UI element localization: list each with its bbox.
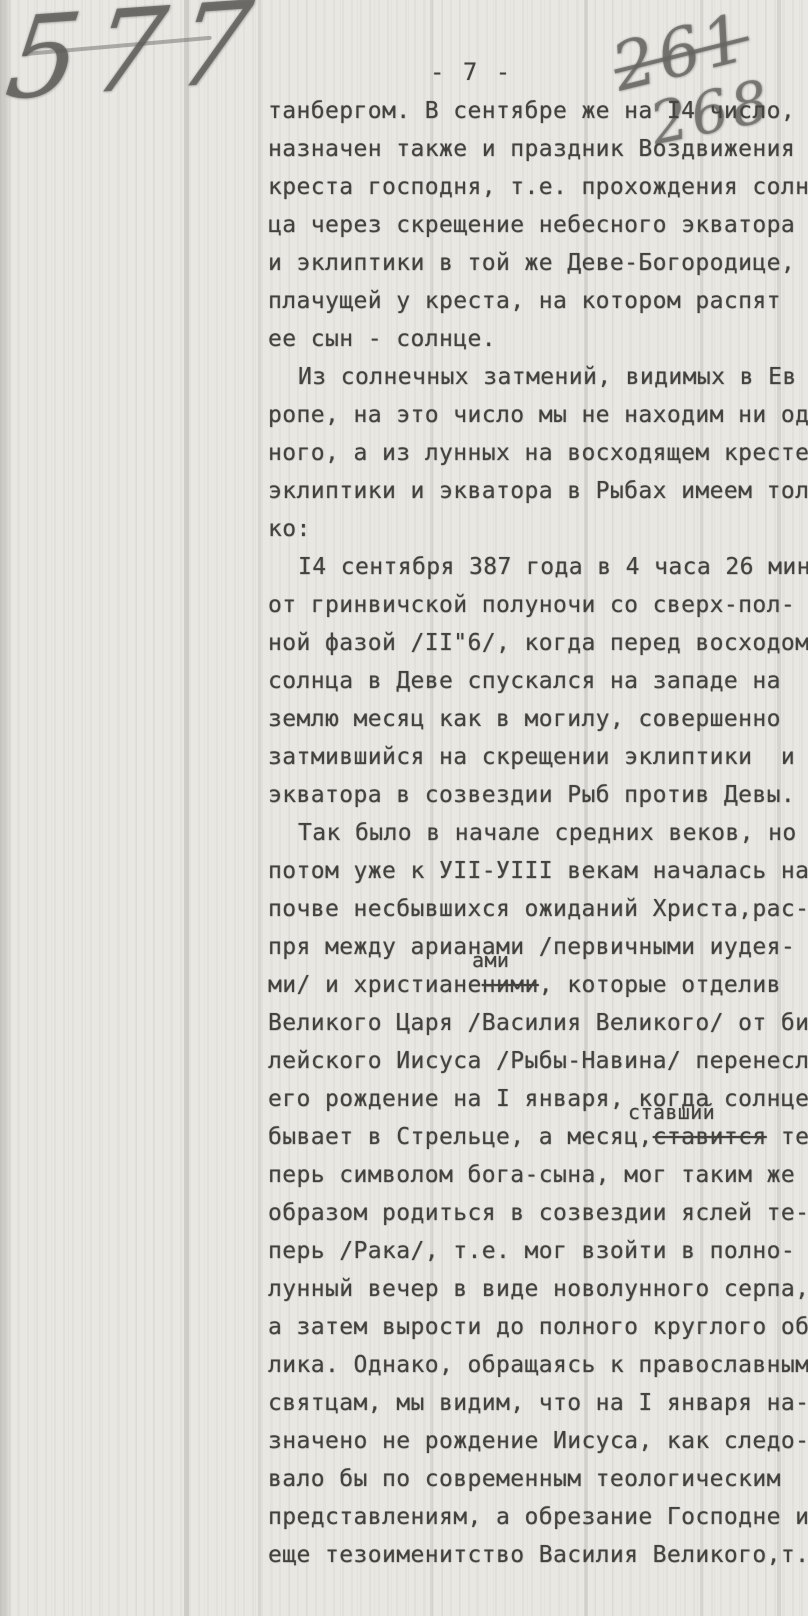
typed-text: ко: [268, 516, 311, 542]
typed-line: ца через скрещение небесного экватора [268, 206, 808, 244]
typed-text: пря между арианами /первичными иудея- [268, 934, 795, 960]
typed-text: ее сын - солнце. [268, 326, 496, 352]
typed-text: эклиптики и экватора в Рыбах имеем толь [268, 478, 808, 504]
typed-text: еще тезоименитство Василия Великого,т.е [268, 1542, 808, 1568]
typed-text: лунный вечер в виде новолунного серпа, [268, 1276, 808, 1302]
typed-line: ми/ и христианеними, которые отделивами [268, 966, 808, 1004]
typed-line: перь /Рака/, т.е. мог взойти в полно- [268, 1232, 808, 1270]
typed-line: ее сын - солнце. [268, 320, 808, 358]
typed-text: перь /Рака/, т.е. мог взойти в полно- [268, 1238, 795, 1264]
typed-line: пря между арианами /первичными иудея- [268, 928, 808, 966]
typed-line: Великого Царя /Василия Великого/ от биб [268, 1004, 808, 1042]
typed-line: плачущей у креста, на котором распят [268, 282, 808, 320]
struck-out-word: ставится [653, 1124, 767, 1150]
typed-text: почве несбывшихся ожиданий Христа,рас- [268, 896, 808, 922]
typed-text: землю месяц как в могилу, совершенно [268, 706, 781, 732]
typed-text: плачущей у креста, на котором распят [268, 288, 781, 314]
typed-text: Из солнечных затмений, видимых в Ев [298, 364, 797, 390]
typed-text: перь символом бога-сына, мог таким же [268, 1162, 795, 1188]
typed-line: Из солнечных затмений, видимых в Ев [268, 358, 808, 396]
typed-text: ми/ и христиане [268, 972, 482, 998]
typed-line: представлениям, а обрезание Господне и [268, 1498, 808, 1536]
typed-line: еще тезоименитство Василия Великого,т.е [268, 1536, 808, 1574]
typed-text: , которые отделив [539, 972, 781, 998]
typed-line: ропе, на это число мы не находим ни од [268, 396, 808, 434]
typed-line: лунный вечер в виде новолунного серпа, [268, 1270, 808, 1308]
typed-line: назначен также и праздник Воздвижения [268, 130, 808, 168]
typed-text: а затем вырости до полного круглого об- [268, 1314, 808, 1340]
typed-line: землю месяц как в могилу, совершенно [268, 700, 808, 738]
typed-text: I4 сентября 387 года в 4 часа 26 минут [298, 554, 808, 580]
typed-text: креста господня, т.е. прохождения солн [268, 174, 808, 200]
typed-text: ропе, на это число мы не находим ни од [268, 402, 808, 428]
typed-line: танбергом. В сентябре же на I4 число, [268, 92, 808, 130]
typed-line: его рождение на I января, когда солнце [268, 1080, 808, 1118]
typed-text: значено не рождение Иисуса, как следо- [268, 1428, 808, 1454]
typed-text: Великого Царя /Василия Великого/ от биб [268, 1010, 808, 1036]
typed-text: лейского Иисуса /Рыбы-Навина/ перенесли [268, 1048, 808, 1074]
typed-line: ко: [268, 510, 808, 548]
typed-text: те- [767, 1124, 808, 1150]
typed-text: бывает в Стрельце, а месяц, [268, 1124, 653, 1150]
typed-text: экватора в созвездии Рыб против Девы. [268, 782, 795, 808]
typed-text: солнца в Деве спускался на западе на [268, 668, 781, 694]
typed-text: представлениям, а обрезание Господне и [268, 1504, 808, 1530]
typed-text: назначен также и праздник Воздвижения [268, 136, 795, 162]
typed-line: ного, а из лунных на восходящем кресте [268, 434, 808, 472]
typed-text: образом родиться в созвездии яслей те- [268, 1200, 808, 1226]
typed-text: Так было в начале средних веков, но [298, 820, 797, 846]
typed-line: креста господня, т.е. прохождения солн [268, 168, 808, 206]
typed-line: потом уже к УII-УIII векам началась на [268, 852, 808, 890]
typed-text: и эклиптики в той же Деве-Богородице, [268, 250, 795, 276]
typed-line: Так было в начале средних веков, но [268, 814, 808, 852]
typed-page-number: - 7 - [430, 58, 512, 86]
typed-line: значено не рождение Иисуса, как следо- [268, 1422, 808, 1460]
typed-text: танбергом. В сентябре же на I4 число, [268, 98, 795, 124]
typed-line: лика. Однако, обращаясь к православным [268, 1346, 808, 1384]
typed-text: потом уже к УII-УIII векам началась на [268, 858, 808, 884]
typed-text: ца через скрещение небесного экватора [268, 212, 795, 238]
typed-line: перь символом бога-сына, мог таким же [268, 1156, 808, 1194]
typed-line: солнца в Деве спускался на западе на [268, 662, 808, 700]
typed-line: лейского Иисуса /Рыбы-Навина/ перенесли [268, 1042, 808, 1080]
typed-line: I4 сентября 387 года в 4 часа 26 минут [268, 548, 808, 586]
typed-text: его рождение на I января, когда солнце [268, 1086, 808, 1112]
typed-line: бывает в Стрельце, а месяц,ставится те-с… [268, 1118, 808, 1156]
typed-line: а затем вырости до полного круглого об- [268, 1308, 808, 1346]
typed-text-block: танбергом. В сентябре же на I4 число,наз… [268, 92, 808, 1574]
typed-text: вало бы по современным теологическим [268, 1466, 781, 1492]
typed-line: ной фазой /II"6/, когда перед восходом [268, 624, 808, 662]
typed-line: святцам, мы видим, что на I января на- [268, 1384, 808, 1422]
interlinear-correction: ставший [628, 1102, 715, 1122]
typed-text: лика. Однако, обращаясь к православным [268, 1352, 808, 1378]
scanned-typewritten-page: 577 261 268 - 7 - танбергом. В сентябре … [0, 0, 808, 1616]
typed-line: экватора в созвездии Рыб против Девы. [268, 776, 808, 814]
typed-text: ного, а из лунных на восходящем кресте [268, 440, 808, 466]
typed-text: святцам, мы видим, что на I января на- [268, 1390, 808, 1416]
typed-line: и эклиптики в той же Деве-Богородице, [268, 244, 808, 282]
interlinear-correction: ами [472, 950, 509, 970]
typed-line: затмившийся на скрещении эклиптики и [268, 738, 808, 776]
struck-out-word: ними [482, 972, 539, 998]
typed-line: образом родиться в созвездии яслей те- [268, 1194, 808, 1232]
typed-line: почве несбывшихся ожиданий Христа,рас- [268, 890, 808, 928]
typed-line: от гринвичской полуночи со сверх-пол- [268, 586, 808, 624]
typed-text: ной фазой /II"6/, когда перед восходом [268, 630, 808, 656]
handwritten-corner-number: 577 [0, 0, 273, 126]
typed-line: вало бы по современным теологическим [268, 1460, 808, 1498]
typed-text: от гринвичской полуночи со сверх-пол- [268, 592, 795, 618]
typed-line: эклиптики и экватора в Рыбах имеем толь [268, 472, 808, 510]
typed-text: затмившийся на скрещении эклиптики и [268, 744, 795, 770]
